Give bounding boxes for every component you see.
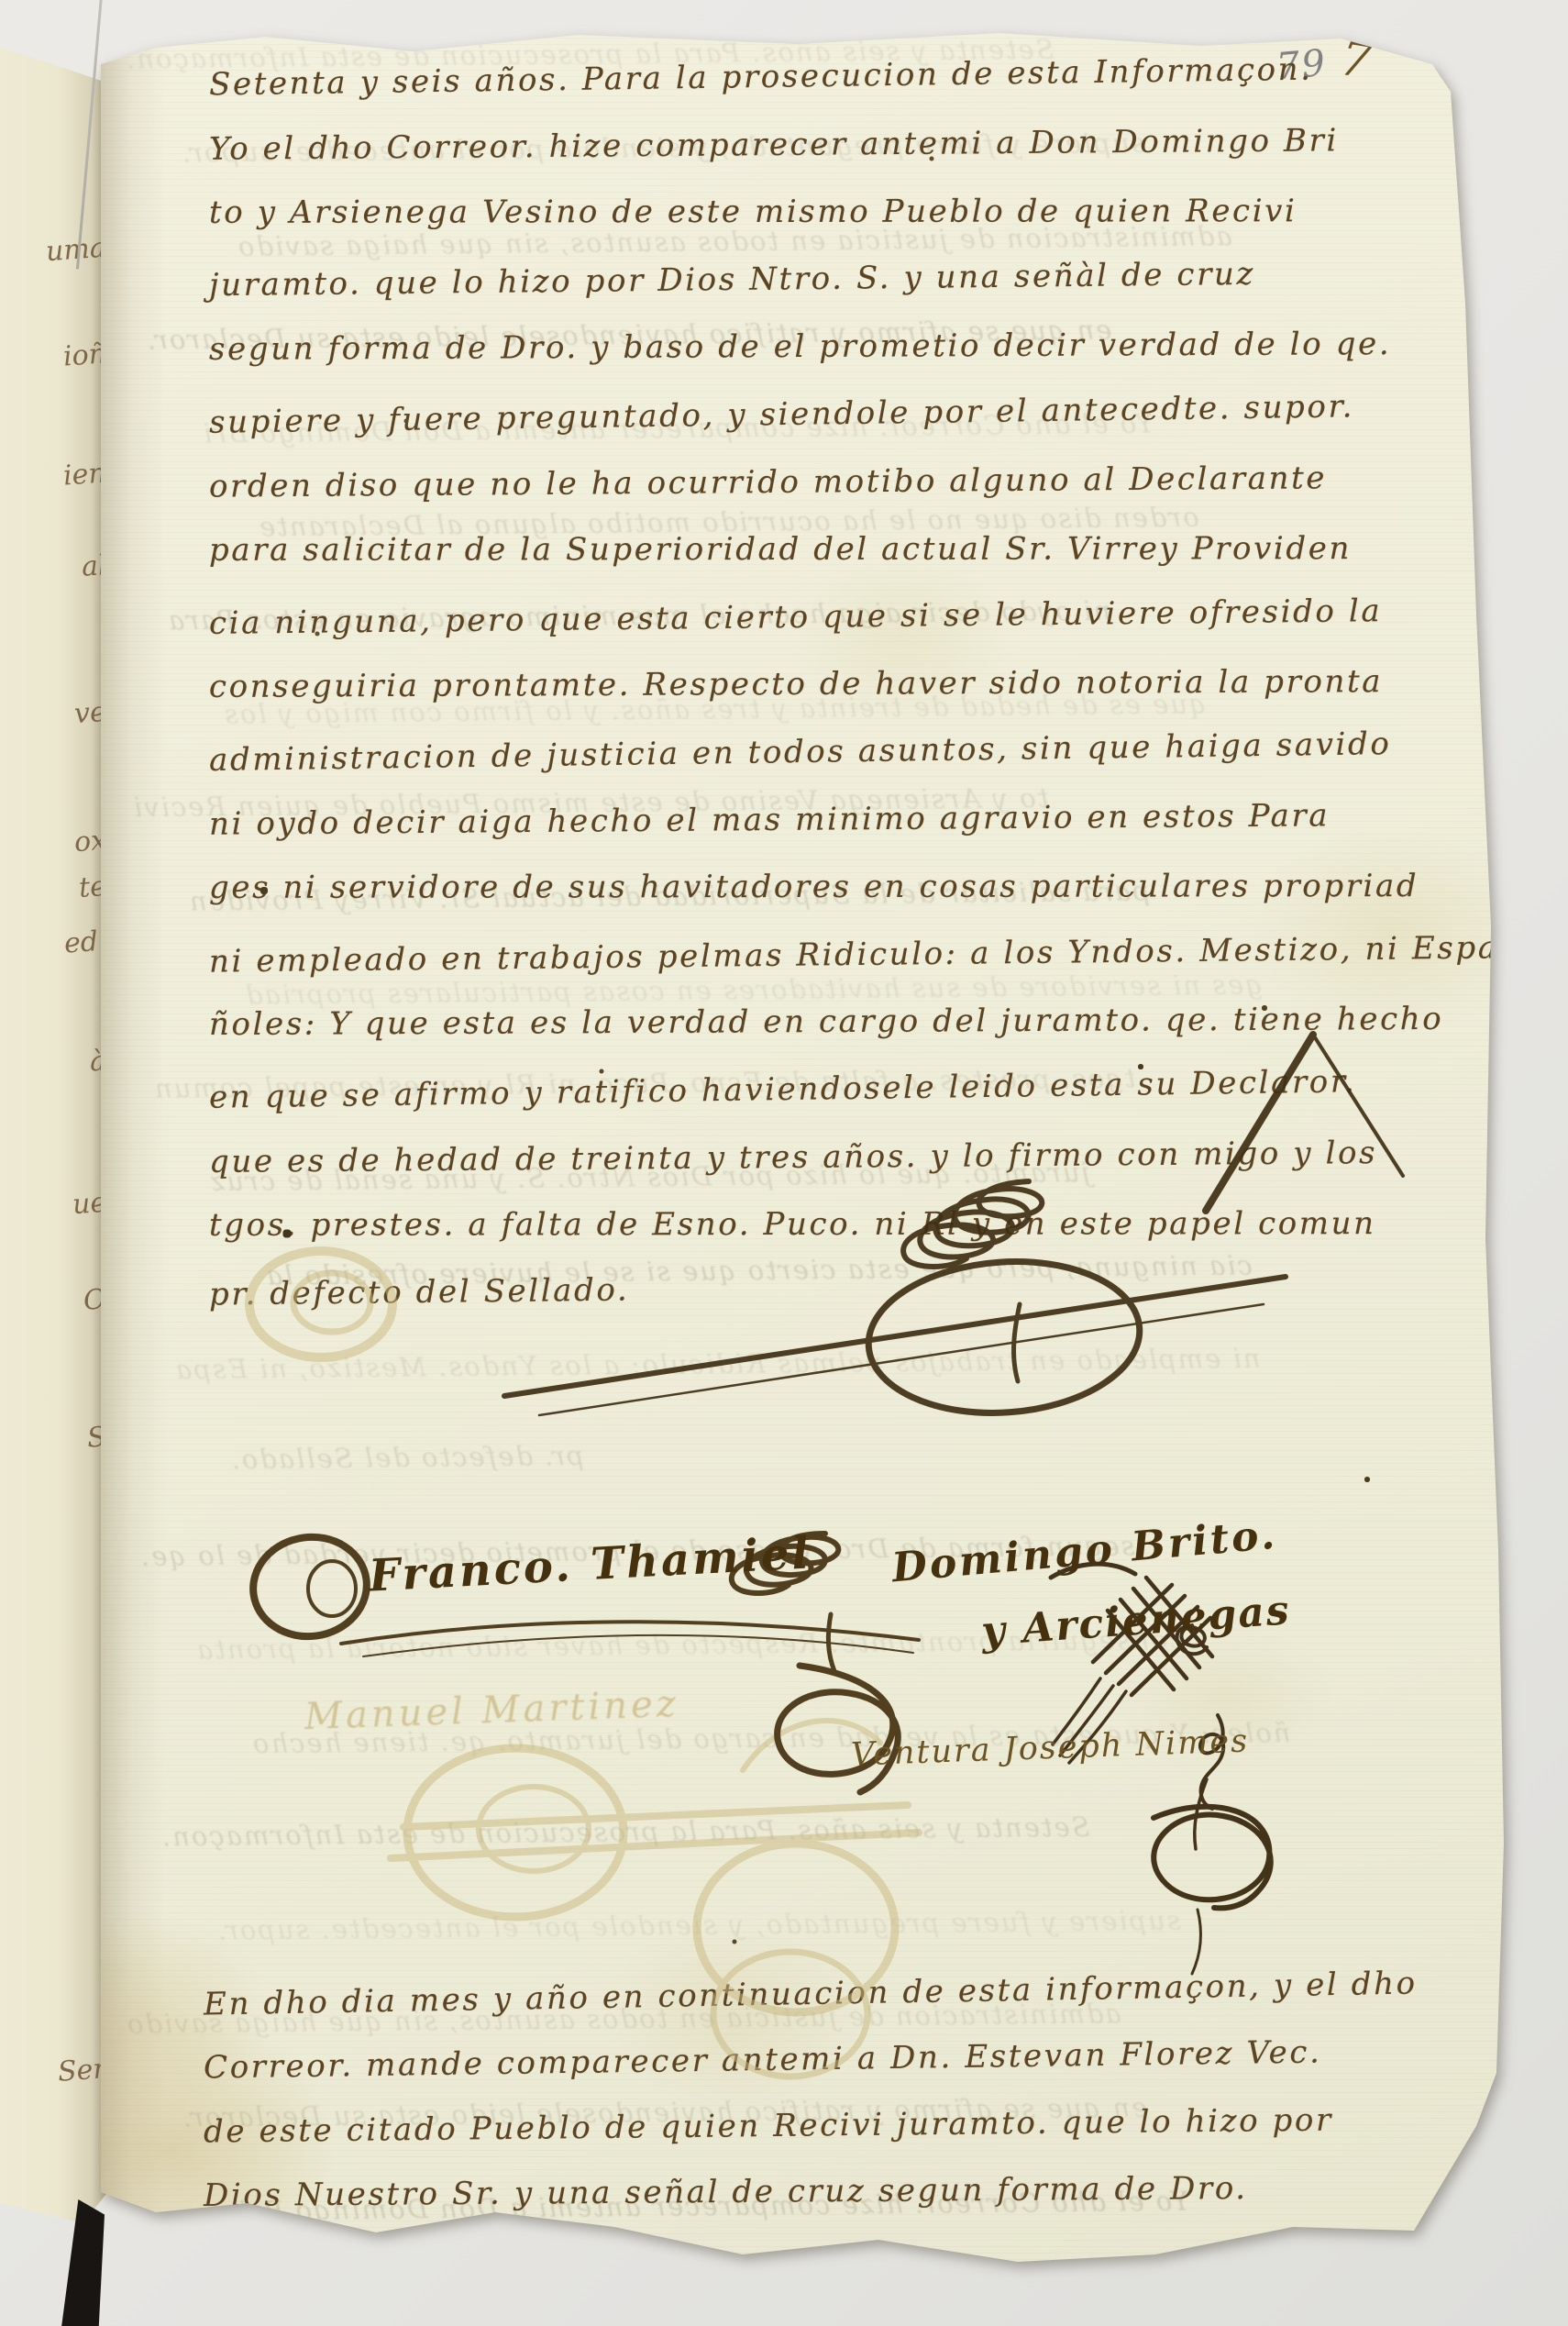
manuscript-line: cia ninguna, pero que esta cierto que si… [209,593,1383,642]
manuscript-line: ni empleado en trabajos pelmas Ridiculo:… [209,929,1499,980]
ink-specks [101,28,103,29]
manuscript-line: tgos. prestes. a falta de Esno. Puco. ni… [209,1205,1376,1244]
closing-line: Dios Nuestro Sr. y una señal de cruz seg… [204,2170,1248,2214]
previous-page-edge: umaioñienalveoxteed.àueOSSer [0,0,106,2326]
manuscript-line: para salicitar de la Superioridad del ac… [209,530,1352,569]
manuscript-line: ges ni servidore de sus havitadores en c… [209,868,1419,906]
manuscript-line: conseguiria prontamte. Respecto de haver… [209,663,1383,705]
bleedthrough-text: Setenta y seis años. Para la prosecucion… [160,1811,1090,1853]
manuscript-line: segun forma de Dro. y baso de el prometi… [209,326,1391,368]
bleedthrough-text: pr. defecto del Sellado. [230,1440,584,1475]
manuscript-line: juramto. que lo hizo por Dios Ntro. S. y… [209,256,1255,304]
signature-brito-line1: Domingo Brito. [890,1512,1279,1592]
manuscript-line: orden diso que no le ha ocurrido motibo … [209,460,1327,504]
page-wrap: 79 7 Setenta y seis años. Para la prosec… [101,28,1506,2286]
folio-number-ink: 7 [1337,31,1375,90]
manuscript-line: ñoles: Y que esta es la verdad en cargo … [209,1001,1443,1043]
manuscript-page: 79 7 Setenta y seis años. Para la prosec… [101,28,1506,2286]
manuscript-line: pr. defecto del Sellado. [209,1271,630,1313]
manuscript-line: ni oydo decir aiga hecho el mas minimo a… [209,797,1330,842]
previous-page-fragment: Ser [57,2053,107,2088]
scanned-manuscript: umaioñienalveoxteed.àueOSSer 79 7 Setent… [0,0,1568,2326]
manuscript-line: to y Arsienega Vesino de este mismo Pueb… [209,193,1297,231]
bleedthrough-text: supiere y fuere preguntado, y siendole p… [216,1904,1181,1945]
closing-line: Correor. mande comparecer antemi a Dn. E… [204,2033,1322,2086]
bleedthrough-text: ni empleado en trabajos pelmas Ridiculo:… [174,1343,1261,1385]
manuscript-line: administracion de justicia en todos asun… [209,725,1392,779]
manuscript-line: Yo el dho Correor. hize comparecer antem… [209,122,1339,167]
manuscript-line: que es de hedad de treinta y tres años. … [209,1135,1377,1180]
